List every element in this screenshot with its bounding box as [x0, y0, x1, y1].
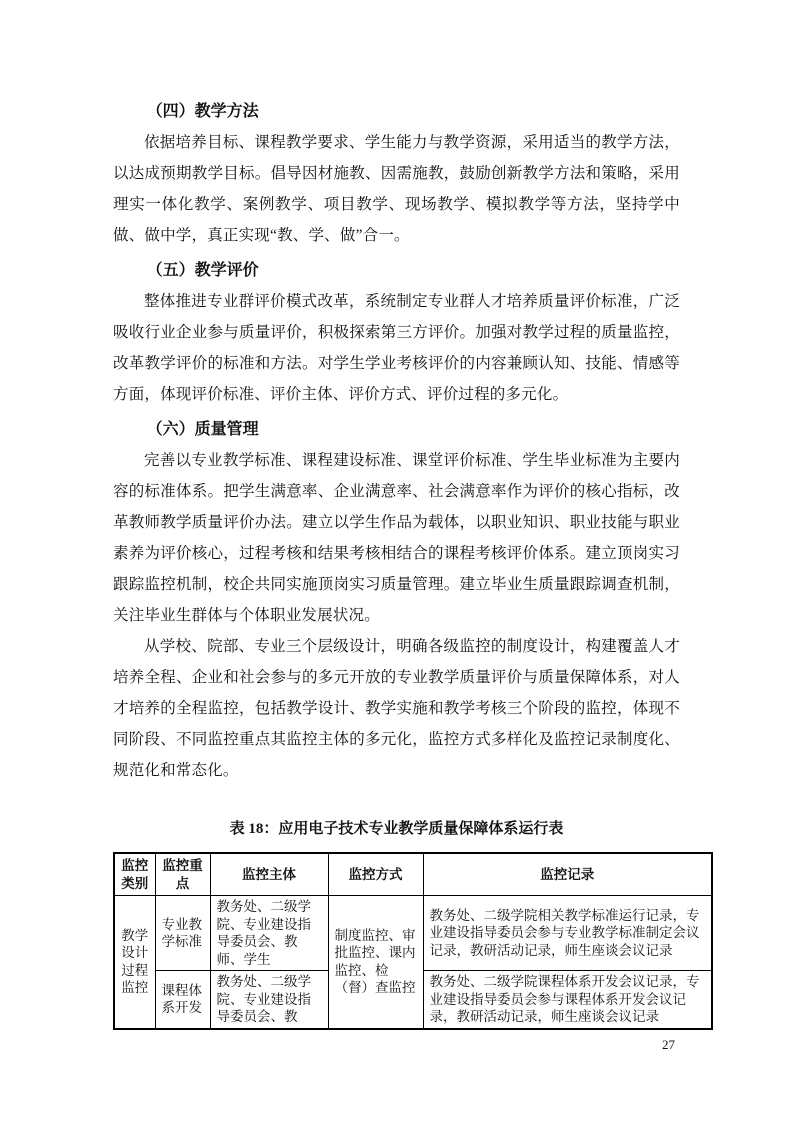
page-number: 27 — [662, 1037, 675, 1053]
cell-focus-curriculum-development: 课程体系开发 — [155, 971, 210, 1029]
table-title: 表 18：应用电子技术专业教学质量保障体系运行表 — [113, 819, 680, 839]
cell-record-curriculum-development: 教务处、二级学院课程体系开发会议记录，专业建设指导委员会参与课程体系开发会议记录… — [423, 971, 712, 1029]
cell-category-teaching-design: 教学设计过程监控 — [114, 896, 155, 1029]
table-row: 教学设计过程监控 专业教学标准 教务处、二级学院、专业建设指导委员会、教师、学生… — [114, 896, 712, 971]
cell-focus-professional-standard: 专业教学标准 — [155, 896, 210, 971]
paragraph-quality-management-1: 完善以专业教学标准、课程建设标准、课堂评价标准、学生毕业标准为主要内容的标准体系… — [113, 445, 680, 631]
cell-subject-curriculum-development: 教务处、二级学院、专业建设指导委员会、教 — [210, 971, 328, 1029]
cell-monitor-mode: 制度监控、审批监控、课内监控、检（督）查监控 — [328, 896, 423, 1029]
col-header-monitor-record: 监控记录 — [423, 853, 712, 896]
table-header-row: 监控类别 监控重点 监控主体 监控方式 监控记录 — [114, 853, 712, 896]
col-header-monitor-subject: 监控主体 — [210, 853, 328, 896]
paragraph-teaching-evaluation: 整体推进专业群评价模式改革，系统制定专业群人才培养质量评价标准，广泛吸收行业企业… — [113, 286, 680, 410]
quality-assurance-table: 监控类别 监控重点 监控主体 监控方式 监控记录 教学设计过程监控 专业教学标准… — [113, 852, 713, 1030]
cell-record-professional-standard: 教务处、二级学院相关教学标准运行记录，专业建设指导委员会参与专业教学标准制定会议… — [423, 896, 712, 971]
page-content: （四）教学方法 依据培养目标、课程教学要求、学生能力与教学资源，采用适当的教学方… — [113, 92, 680, 1030]
paragraph-teaching-methods: 依据培养目标、课程教学要求、学生能力与教学资源，采用适当的教学方法，以达成预期教… — [113, 127, 680, 251]
col-header-monitor-mode: 监控方式 — [328, 853, 423, 896]
col-header-monitor-category: 监控类别 — [114, 853, 155, 896]
paragraph-quality-management-2: 从学校、院部、专业三个层级设计，明确各级监控的制度设计，构建覆盖人才培养全程、企… — [113, 631, 680, 786]
section-heading-teaching-methods: （四）教学方法 — [113, 96, 680, 127]
col-header-monitor-focus: 监控重点 — [155, 853, 210, 896]
cell-subject-professional-standard: 教务处、二级学院、专业建设指导委员会、教师、学生 — [210, 896, 328, 971]
document-page: （四）教学方法 依据培养目标、课程教学要求、学生能力与教学资源，采用适当的教学方… — [0, 0, 793, 1122]
section-heading-teaching-evaluation: （五）教学评价 — [113, 255, 680, 286]
section-heading-quality-management: （六）质量管理 — [113, 414, 680, 445]
